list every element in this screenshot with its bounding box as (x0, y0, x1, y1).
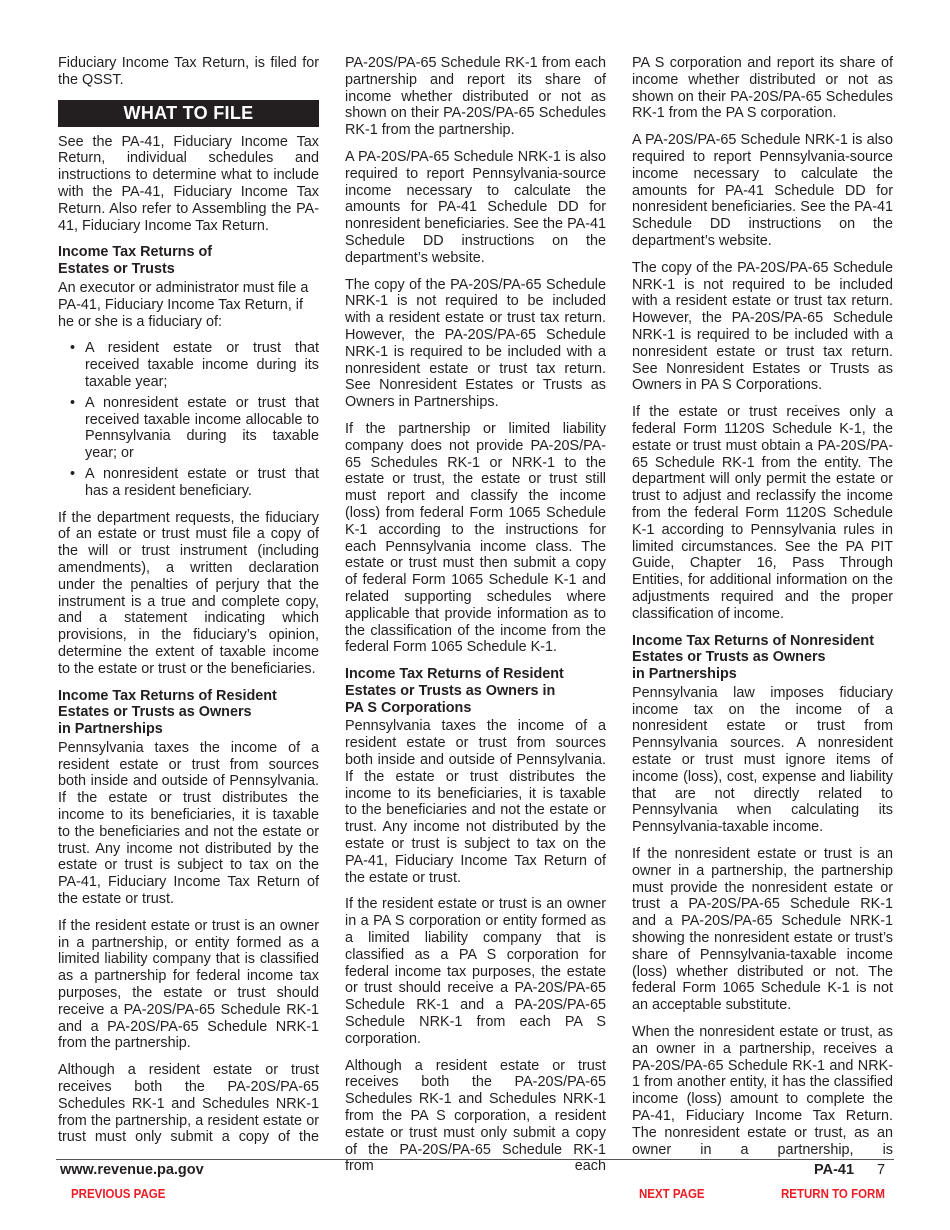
heading-resident-partnerships: Income Tax Returns of Resident Estates o… (58, 688, 319, 738)
owner-s-corp-paragraph: If the resident estate or trust is an ow… (345, 896, 606, 1047)
although-paragraph: Although a resident estate or trust rece… (58, 1062, 319, 1146)
heading-resident-s-corporations: Income Tax Returns of Resident Estates o… (345, 666, 606, 716)
copy-nrk-paragraph: The copy of the PA-20S/PA-65 Schedule NR… (345, 277, 606, 411)
what-to-file-paragraph: See the PA-41, Fiduciary Income Tax Retu… (58, 134, 319, 235)
column-3: PA S corporation and report its share of… (632, 55, 893, 1168)
executor-paragraph: An executor or administrator must file a… (58, 280, 319, 330)
heading-line: Income Tax Returns of Nonresident (632, 633, 874, 649)
pa-law-paragraph: Pennsylvania law imposes fiduciary incom… (632, 685, 893, 836)
footer-divider (56, 1159, 894, 1160)
return-to-form-link[interactable]: RETURN TO FORM (781, 1187, 885, 1201)
nonresident-owner-paragraph: If the nonresident estate or trust is an… (632, 846, 893, 1014)
heading-line: Estates or Trusts as Owners in (345, 683, 555, 699)
continuation-paragraph: PA-20S/PA-65 Schedule RK-1 from each par… (345, 55, 606, 139)
fiduciary-bullet-list: A resident estate or trust that received… (58, 340, 319, 499)
owner-partnership-paragraph: If the resident estate or trust is an ow… (58, 918, 319, 1052)
what-to-file-banner: WHAT TO FILE (58, 100, 319, 127)
column-2: PA-20S/PA-65 Schedule RK-1 from each par… (345, 55, 606, 1185)
footer-page-number: 7 (877, 1162, 885, 1178)
continuation-paragraph: PA S corporation and report its share of… (632, 55, 893, 122)
only-1120s-paragraph: If the estate or trust receives only a f… (632, 404, 893, 622)
footer-form-name: PA-41 (814, 1162, 854, 1178)
when-nonresident-paragraph: When the nonresident estate or trust, as… (632, 1024, 893, 1158)
heading-line: PA S Corporations (345, 700, 471, 716)
heading-line: Income Tax Returns of Resident (58, 688, 277, 704)
department-requests-paragraph: If the department requests, the fiduciar… (58, 510, 319, 678)
bullet-item: A nonresident estate or trust that has a… (85, 466, 319, 500)
copy-nrk-paragraph: The copy of the PA-20S/PA-65 Schedule NR… (632, 260, 893, 394)
nrk-also-paragraph: A PA-20S/PA-65 Schedule NRK-1 is also re… (632, 132, 893, 250)
bullet-item: A nonresident estate or trust that recei… (85, 395, 319, 462)
heading-line: Estates or Trusts as Owners (632, 649, 826, 665)
heading-estates-or-trusts: Income Tax Returns of Estates or Trusts (58, 244, 319, 278)
heading-line: Estates or Trusts (58, 261, 175, 277)
llc-not-provide-paragraph: If the partnership or limited liability … (345, 421, 606, 656)
although-paragraph: Although a resident estate or trust rece… (345, 1058, 606, 1176)
pa-taxes-paragraph: Pennsylvania taxes the income of a resid… (58, 740, 319, 908)
heading-line: in Partnerships (58, 721, 163, 737)
heading-line: Income Tax Returns of (58, 244, 212, 260)
column-1: Fiduciary Income Tax Return, is filed fo… (58, 55, 319, 1156)
heading-line: Income Tax Returns of Resident (345, 666, 564, 682)
heading-line: Estates or Trusts as Owners (58, 704, 252, 720)
heading-nonresident-partnerships: Income Tax Returns of Nonresident Estate… (632, 633, 893, 683)
bullet-item: A resident estate or trust that received… (85, 340, 319, 390)
nrk-also-paragraph: A PA-20S/PA-65 Schedule NRK-1 is also re… (345, 149, 606, 267)
heading-line: in Partnerships (632, 666, 737, 682)
intro-tail-paragraph: Fiduciary Income Tax Return, is filed fo… (58, 55, 319, 89)
next-page-link[interactable]: NEXT PAGE (639, 1187, 705, 1201)
footer-website: www.revenue.pa.gov (60, 1162, 204, 1178)
pa-taxes-paragraph: Pennsylvania taxes the income of a resid… (345, 718, 606, 886)
previous-page-link[interactable]: PREVIOUS PAGE (71, 1187, 165, 1201)
